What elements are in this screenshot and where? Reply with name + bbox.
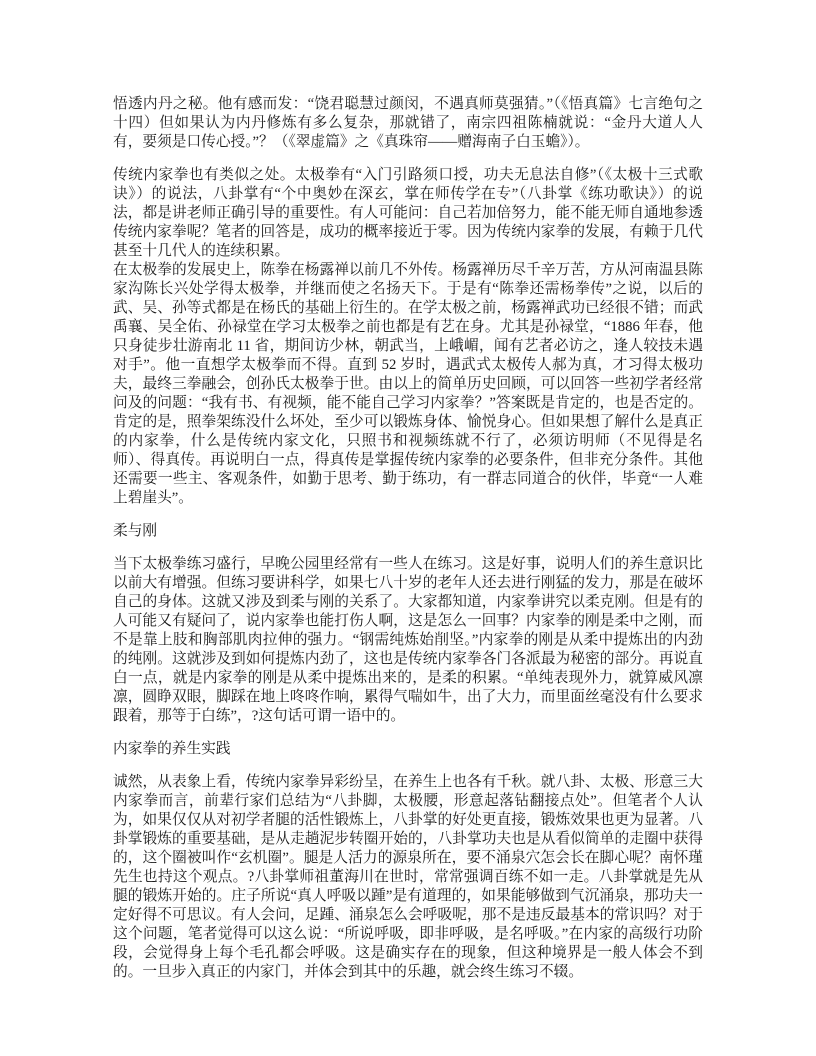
paragraph-traditional-neijia-oral-transmission: 传统内家拳也有类似之处。太极拳有“入门引路须口授，功夫无息法自修”（《太极十三式… bbox=[113, 166, 703, 261]
paragraph-neidan-secret: 悟透内丹之秘。他有感而发：“饶君聪慧过颜闵，不遇真师莫强猜。”（《悟真篇》七言绝… bbox=[113, 95, 703, 152]
text-column: 悟透内丹之秘。他有感而发：“饶君聪慧过颜闵，不遇真师莫强猜。”（《悟真篇》七言绝… bbox=[113, 95, 703, 996]
section-heading-soft-and-hard: 柔与刚 bbox=[113, 522, 703, 541]
paragraph-group-lineage: 传统内家拳也有类似之处。太极拳有“入门引路须口授，功夫无息法自修”（《太极十三式… bbox=[113, 166, 703, 508]
document-page: 悟透内丹之秘。他有感而发：“饶君聪慧过颜闵，不遇真师莫强猜。”（《悟真篇》七言绝… bbox=[0, 0, 816, 1056]
paragraph-soft-and-hard-discussion: 当下太极拳练习盛行，早晚公园里经常有一些人在练习。这是好事，说明人们的养生意识比… bbox=[113, 555, 703, 726]
paragraph-health-practice-discussion: 诚然，从表象上看，传统内家拳异彩纷呈，在养生上也各有千秋。就八卦、太极、形意三大… bbox=[113, 773, 703, 982]
paragraph-taiji-history: 在太极拳的发展史上，陈拳在杨露禅以前几不外传。杨露禅历尽千辛万苦，方从河南温县陈… bbox=[113, 261, 703, 508]
section-heading-health-practice: 内家拳的养生实践 bbox=[113, 740, 703, 759]
